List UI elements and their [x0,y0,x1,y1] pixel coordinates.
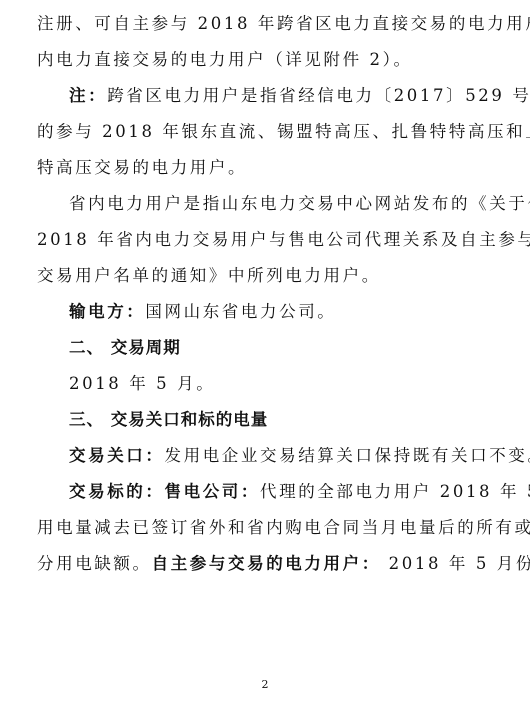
paragraph-line: 2018 年省内电力交易用户与售电公司代理关系及自主参与直接 [37,230,477,250]
target-line-3: 分用电缺额。自主参与交易的电力用户： 2018 年 5 月份用电量 [37,554,477,574]
paragraph-line: 注册、可自主参与 2018 年跨省区电力直接交易的电力用户和省 [37,14,477,34]
self-participation-label: 自主参与交易的电力用户： [152,554,381,573]
section-2-body: 2018 年 5 月。 [69,374,477,394]
target-label: 交易标的： [69,482,165,501]
paragraph-line: 用电量减去已签订省外和省内购电合同当月电量后的所有或部 [37,518,477,538]
paragraph-line: 省内电力用户是指山东电力交易中心网站发布的《关于公布 [69,194,477,214]
transmitter-line: 输电方：国网山东省电力公司。 [69,302,477,322]
target-line: 交易标的：售电公司：代理的全部电力用户 2018 年 5 月份 [69,482,477,502]
retailer-label: 售电公司： [165,482,261,501]
paragraph-line: 的参与 2018 年银东直流、锡盟特高压、扎鲁特特高压和上海庙 [37,122,477,142]
transmitter-label: 输电方： [69,302,145,321]
note-label: 注： [69,86,107,105]
gateway-line: 交易关口：发用电企业交易结算关口保持既有关口不变。 [69,446,477,466]
paragraph-line: 交易用户名单的通知》中所列电力用户。 [37,266,477,286]
paragraph-line: 特高压交易的电力用户。 [37,158,477,178]
page-number: 2 [0,678,530,691]
gateway-label: 交易关口： [69,446,165,465]
note-cross-province: 注：跨省区电力用户是指省经信电力〔2017〕529 号文确定 [69,86,477,106]
paragraph-line: 内电力直接交易的电力用户（详见附件 2）。 [37,50,477,70]
section-heading-2: 二、 交易周期 [69,338,477,358]
section-heading-3: 三、 交易关口和标的电量 [69,410,477,430]
